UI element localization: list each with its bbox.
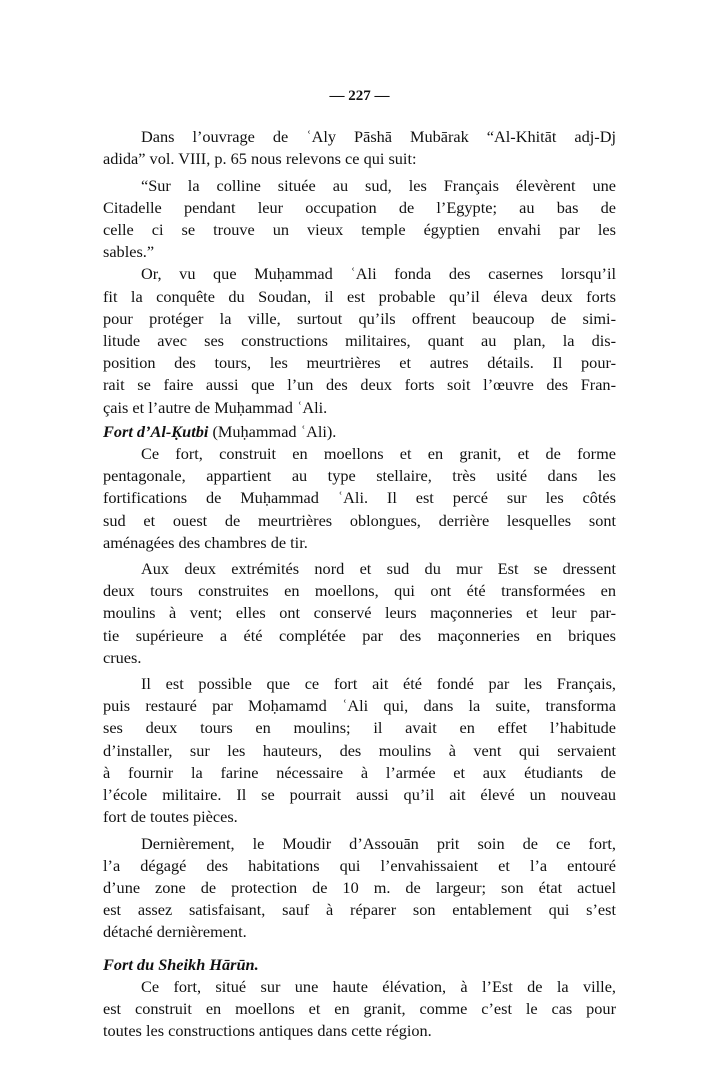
text-line: puis restauré par Moḥamamd ʿAli qui, dan… bbox=[103, 695, 616, 717]
text-line: Dernièrement, le Moudir d’Assouān prit s… bbox=[103, 833, 616, 855]
paragraph-muhammad-ali-forts: Or, vu que Muḥammad ʿAli fonda des caser… bbox=[103, 263, 616, 418]
text-line: tie supérieure a été complétée par des m… bbox=[103, 625, 616, 647]
page-number: — 227 — bbox=[103, 85, 616, 107]
text-line: sud et ouest de meurtrières oblongues, d… bbox=[103, 510, 616, 532]
paragraph-ouvrage-citation: Dans l’ouvrage de ʿAly Pāshā Mubārak “Al… bbox=[103, 126, 616, 170]
text-line: adida” vol. VIII, p. 65 nous relevons ce… bbox=[103, 148, 616, 170]
text-line: Dans l’ouvrage de ʿAly Pāshā Mubārak “Al… bbox=[103, 126, 616, 148]
text-line: sables.” bbox=[103, 241, 616, 263]
heading-rest: (Muḥammad ʿAli). bbox=[208, 422, 336, 441]
text-line: litude avec ses constructions militaires… bbox=[103, 330, 616, 352]
section-heading-fort-al-kutbi: Fort d’Al-Ḳutbi (Muḥammad ʿAli). bbox=[103, 421, 616, 443]
text-line: fort de toutes pièces. bbox=[103, 806, 616, 828]
text-line: position des tours, les meurtrières et a… bbox=[103, 352, 616, 374]
document-page: — 227 — Dans l’ouvrage de ʿAly Pāshā Mub… bbox=[103, 85, 616, 1042]
text-line: deux tours construites en moellons, qui … bbox=[103, 580, 616, 602]
paragraph-quote: “Sur la colline située au sud, les Franç… bbox=[103, 175, 616, 264]
text-line: celle ci se trouve un vieux temple égypt… bbox=[103, 219, 616, 241]
text-line: à fournir la farine nécessaire à l’armée… bbox=[103, 762, 616, 784]
text-line: d’une zone de protection de 10 m. de lar… bbox=[103, 877, 616, 899]
text-line: l’a dégagé des habitations qui l’envahis… bbox=[103, 855, 616, 877]
text-line: aménagées des chambres de tir. bbox=[103, 532, 616, 554]
text-line: fit la conquête du Soudan, il est probab… bbox=[103, 286, 616, 308]
section-heading-fort-sheikh-harun: Fort du Sheikh Hārūn. bbox=[103, 954, 616, 976]
text-line: Aux deux extrémités nord et sud du mur E… bbox=[103, 558, 616, 580]
heading-italic: Fort du Sheikh Hārūn. bbox=[103, 955, 259, 974]
text-line: Or, vu que Muḥammad ʿAli fonda des caser… bbox=[103, 263, 616, 285]
text-line: toutes les constructions antiques dans c… bbox=[103, 1020, 616, 1042]
paragraph-sheikh-harun: Ce fort, situé sur une haute élévation, … bbox=[103, 976, 616, 1043]
text-line: est construit en moellons et en granit, … bbox=[103, 998, 616, 1020]
text-line: “Sur la colline située au sud, les Franç… bbox=[103, 175, 616, 197]
paragraph-fort-description: Ce fort, construit en moellons et en gra… bbox=[103, 443, 616, 554]
text-line: Ce fort, situé sur une haute élévation, … bbox=[103, 976, 616, 998]
text-line: pour protéger la ville, surtout qu’ils o… bbox=[103, 308, 616, 330]
text-line: pentagonale, appartient au type stellair… bbox=[103, 465, 616, 487]
text-line: rait se faire aussi que l’un des deux fo… bbox=[103, 374, 616, 396]
text-line: crues. bbox=[103, 647, 616, 669]
text-line: Il est possible que ce fort ait été fond… bbox=[103, 673, 616, 695]
text-line: fortifications de Muḥammad ʿAli. Il est … bbox=[103, 487, 616, 509]
paragraph-french-origin: Il est possible que ce fort ait été fond… bbox=[103, 673, 616, 828]
text-line: l’école militaire. Il se pourrait aussi … bbox=[103, 784, 616, 806]
text-line: Citadelle pendant leur occupation de l’E… bbox=[103, 197, 616, 219]
text-line: est assez satisfaisant, sauf à réparer s… bbox=[103, 899, 616, 921]
heading-italic: Fort d’Al-Ḳutbi bbox=[103, 422, 208, 441]
text-line: çais et l’autre de Muḥammad ʿAli. bbox=[103, 397, 616, 419]
text-line: détaché dernièrement. bbox=[103, 921, 616, 943]
text-line: d’installer, sur les hauteurs, des mouli… bbox=[103, 740, 616, 762]
text-line: Ce fort, construit en moellons et en gra… bbox=[103, 443, 616, 465]
paragraph-towers: Aux deux extrémités nord et sud du mur E… bbox=[103, 558, 616, 669]
paragraph-moudir: Dernièrement, le Moudir d’Assouān prit s… bbox=[103, 833, 616, 944]
text-line: moulins à vent; elles ont conservé leurs… bbox=[103, 602, 616, 624]
text-line: ses deux tours en moulins; il avait en e… bbox=[103, 717, 616, 739]
